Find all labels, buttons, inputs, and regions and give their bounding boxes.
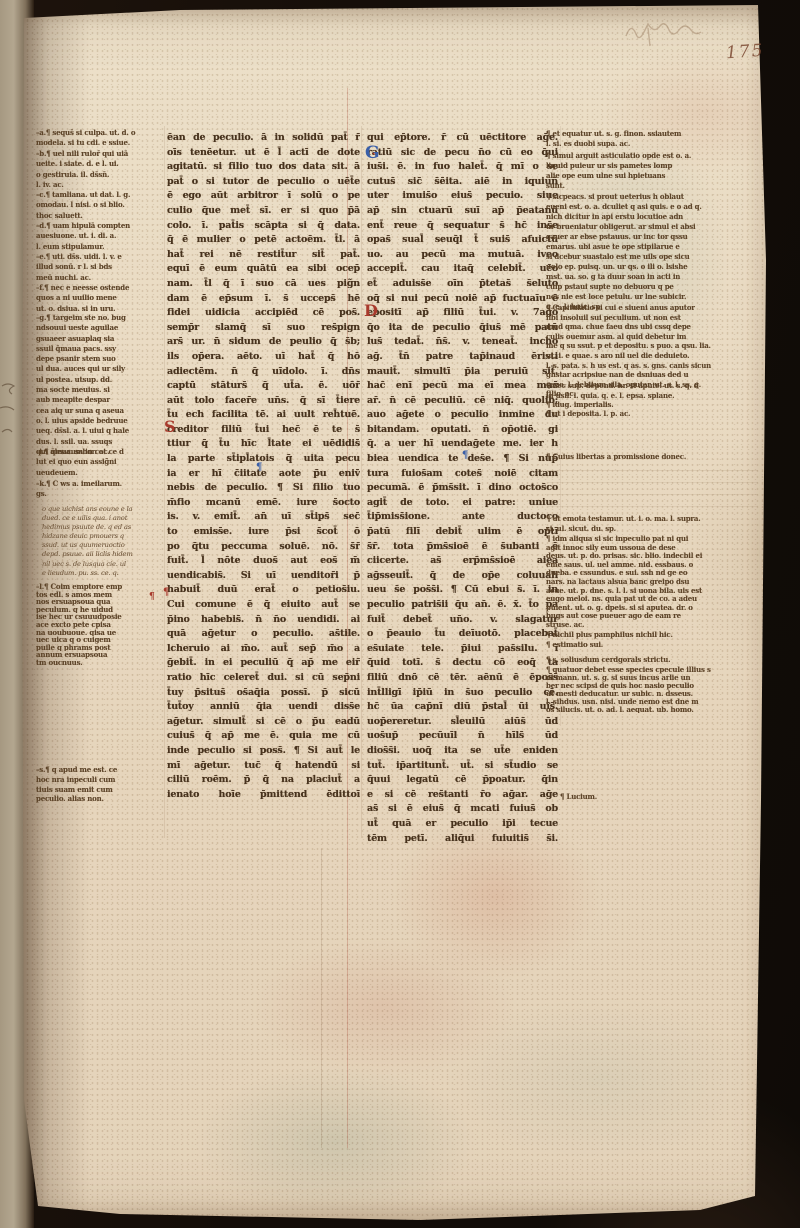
manuscript-page (0, 0, 800, 1228)
photograph-backdrop: ēan de peculio. ā in solidū pat̄ r̄oīs t… (0, 0, 800, 1228)
faded-inscription (620, 14, 740, 54)
facing-page-ink-marks (0, 378, 26, 458)
folio-number: 175 (725, 41, 765, 64)
